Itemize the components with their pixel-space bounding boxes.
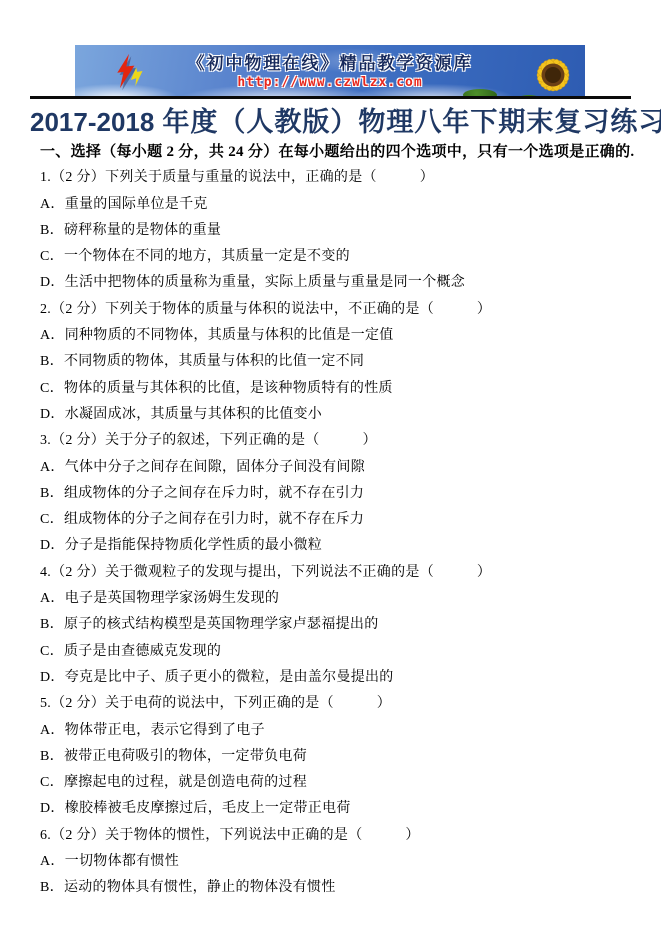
question-option: D．夸克是比中子、质子更小的微粒，是由盖尔曼提出的 — [40, 665, 630, 691]
question-stem: 3.（2 分）关于分子的叙述，下列正确的是（ ） — [40, 428, 630, 454]
question-list: 1.（2 分）下列关于质量与重量的说法中，正确的是（ ）A．重量的国际单位是千克… — [40, 165, 630, 901]
question-option: B．原子的核式结构模型是英国物理学家卢瑟福提出的 — [40, 612, 630, 638]
exam-document-page: 《初中物理在线》精品教学资源库 http://www.czwlzx.com — [0, 0, 661, 935]
site-banner: 《初中物理在线》精品教学资源库 http://www.czwlzx.com — [75, 45, 585, 97]
document-body: 一、选择（每小题 2 分，共 24 分）在每小题给出的四个选项中，只有一个选项是… — [40, 139, 630, 902]
question-option: B．被带正电荷吸引的物体，一定带负电荷 — [40, 744, 630, 770]
question-option: D．水凝固成冰，其质量与其体积的比值变小 — [40, 402, 630, 428]
question-option: A．同种物质的不同物体，其质量与体积的比值是一定值 — [40, 323, 630, 349]
question-stem: 6.（2 分）关于物体的惯性，下列说法中正确的是（ ） — [40, 823, 630, 849]
question-option: C．组成物体的分子之间存在引力时，就不存在斥力 — [40, 507, 630, 533]
question-option: A．重量的国际单位是千克 — [40, 192, 630, 218]
question-stem: 2.（2 分）下列关于物体的质量与体积的说法中，不正确的是（ ） — [40, 297, 630, 323]
question-option: B．运动的物体具有惯性，静止的物体没有惯性 — [40, 875, 630, 901]
question-option: D．橡胶棒被毛皮摩擦过后，毛皮上一定带正电荷 — [40, 796, 630, 822]
section-heading: 一、选择（每小题 2 分，共 24 分）在每小题给出的四个选项中，只有一个选项是… — [40, 139, 630, 165]
question-option: B．不同物质的物体，其质量与体积的比值一定不同 — [40, 349, 630, 375]
question-option: C．质子是由查德威克发现的 — [40, 639, 630, 665]
question-option: B．磅秤称量的是物体的重量 — [40, 218, 630, 244]
question-stem: 4.（2 分）关于微观粒子的发现与提出，下列说法不正确的是（ ） — [40, 560, 630, 586]
lightning-logo-icon — [111, 51, 147, 91]
question-option: C．一个物体在不同的地方，其质量一定是不变的 — [40, 244, 630, 270]
question-option: A．气体中分子之间存在间隙，固体分子间没有间隙 — [40, 455, 630, 481]
banner-url: http://www.czwlzx.com — [145, 75, 515, 90]
question-option: A．一切物体都有惯性 — [40, 849, 630, 875]
banner-text-block: 《初中物理在线》精品教学资源库 http://www.czwlzx.com — [145, 49, 515, 90]
question-option: B．组成物体的分子之间存在斥力时，就不存在引力 — [40, 481, 630, 507]
question-stem: 5.（2 分）关于电荷的说法中，下列正确的是（ ） — [40, 691, 630, 717]
question-option: C．物体的质量与其体积的比值，是该种物质特有的性质 — [40, 376, 630, 402]
page-title: 2017-2018年度（人教版）物理八年下期末复习练习题 — [30, 100, 631, 142]
header-divider — [30, 96, 631, 99]
sunflower-icon — [511, 45, 585, 97]
question-stem: 1.（2 分）下列关于质量与重量的说法中，正确的是（ ） — [40, 165, 630, 191]
doc-title-text: 年度（人教版）物理八年下期末复习练习题 — [162, 107, 661, 137]
question-option: C．摩擦起电的过程，就是创造电荷的过程 — [40, 770, 630, 796]
question-option: D．生活中把物体的质量称为重量，实际上质量与重量是同一个概念 — [40, 270, 630, 296]
banner-site-name: 《初中物理在线》精品教学资源库 — [145, 49, 515, 74]
question-option: A．物体带正电，表示它得到了电子 — [40, 718, 630, 744]
question-option: A．电子是英国物理学家汤姆生发现的 — [40, 586, 630, 612]
doc-title-year: 2017-2018 — [30, 107, 154, 137]
question-option: D．分子是指能保持物质化学性质的最小微粒 — [40, 533, 630, 559]
